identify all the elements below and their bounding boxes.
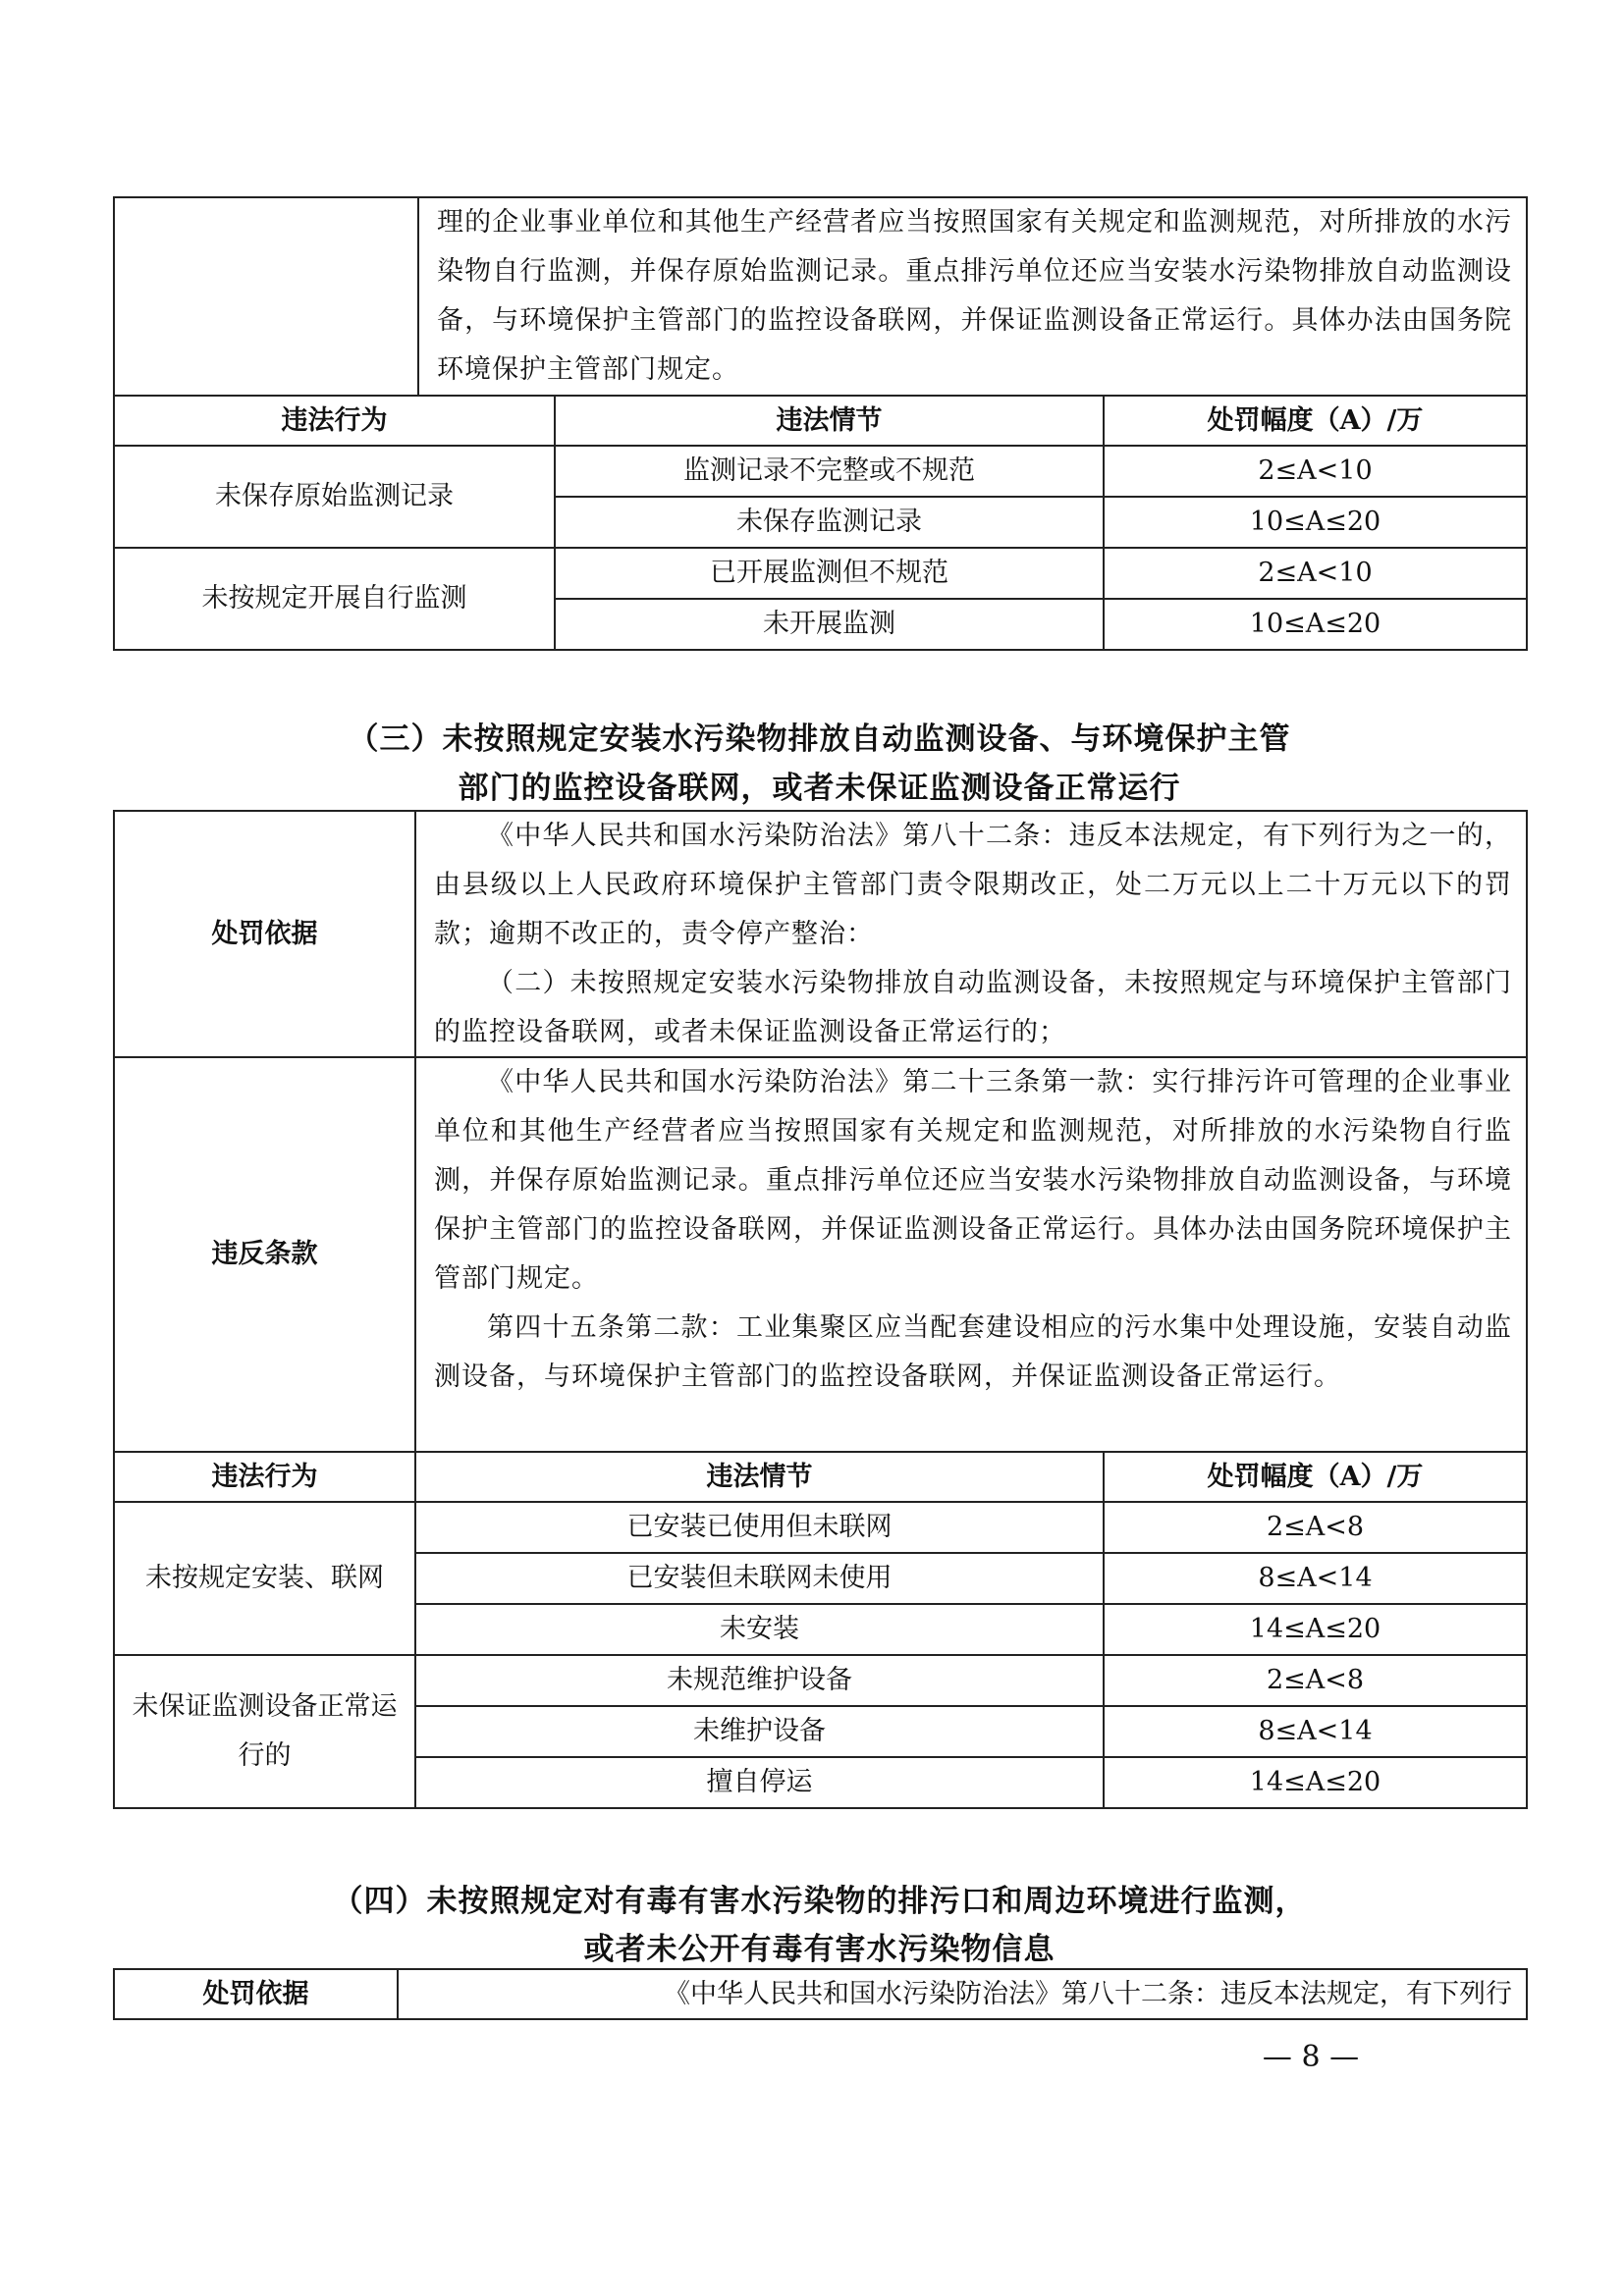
- table1-header-behavior: 违法行为: [113, 395, 556, 447]
- table1-range-cell: 2≤A<10: [1103, 445, 1528, 498]
- table2-behavior-cell: 未保证监测设备正常运行的: [113, 1654, 416, 1809]
- table3-basis-text: 《中华人民共和国水污染防治法》第八十二条：违反本法规定，有下列行: [397, 1968, 1528, 2020]
- table2-range-cell: 2≤A<8: [1103, 1654, 1528, 1707]
- table3-basis-label: 处罚依据: [113, 1968, 399, 2020]
- table2-header-range: 处罚幅度（A）/万: [1103, 1451, 1528, 1503]
- table2-circumstance-cell: 未维护设备: [414, 1705, 1105, 1758]
- table1-circumstance-cell: 监测记录不完整或不规范: [554, 445, 1105, 498]
- table2-range-cell: 8≤A<14: [1103, 1705, 1528, 1758]
- table2-range-cell: 8≤A<14: [1103, 1552, 1528, 1605]
- table2-basis-text-cell: 《中华人民共和国水污染防治法》第八十二条：违反本法规定，有下列行为之一的，由县级…: [414, 810, 1528, 1058]
- section3-heading-line2: 部门的监控设备联网，或者未保证监测设备正常运行: [113, 764, 1526, 813]
- table2-circumstance-cell: 未规范维护设备: [414, 1654, 1105, 1707]
- table2-circumstance-cell: 已安装已使用但未联网: [414, 1501, 1105, 1554]
- table1-circumstance-cell: 未开展监测: [554, 598, 1105, 651]
- table1-continued-text-cell: 理的企业事业单位和其他生产经营者应当按照国家有关规定和监测规范，对所排放的水污染…: [417, 196, 1528, 397]
- table2-basis-paragraph: （二）未按照规定安装水污染物排放自动监测设备，未按照规定与环境保护主管部门的监控…: [434, 959, 1512, 1057]
- table1-header-range: 处罚幅度（A）/万: [1103, 395, 1528, 447]
- table1-empty-label-cell: [113, 196, 419, 397]
- table1-circumstance-cell: 未保存监测记录: [554, 496, 1105, 549]
- table2-violation-paragraph: 《中华人民共和国水污染防治法》第二十三条第一款：实行排污许可管理的企业事业单位和…: [434, 1058, 1512, 1304]
- table2-basis-paragraph: 《中华人民共和国水污染防治法》第八十二条：违反本法规定，有下列行为之一的，由县级…: [434, 812, 1512, 959]
- table2-range-cell: 14≤A≤20: [1103, 1756, 1528, 1809]
- table2-circumstance-cell: 擅自停运: [414, 1756, 1105, 1809]
- table1-range-cell: 10≤A≤20: [1103, 496, 1528, 549]
- section3-heading-line1: （三）未按照规定安装水污染物排放自动监测设备、与环境保护主管: [113, 715, 1526, 764]
- table2-basis-label: 处罚依据: [113, 810, 416, 1058]
- table1-header-circumstance: 违法情节: [554, 395, 1105, 447]
- table2-behavior-cell: 未按规定安装、联网: [113, 1501, 416, 1656]
- table1-circumstance-cell: 已开展监测但不规范: [554, 547, 1105, 600]
- section4-heading-line1: （四）未按照规定对有毒有害水污染物的排污口和周边环境进行监测，: [113, 1877, 1526, 1926]
- table2-violation-label: 违反条款: [113, 1056, 416, 1453]
- table2-circumstance-cell: 已安装但未联网未使用: [414, 1552, 1105, 1605]
- table2-range-cell: 2≤A<8: [1103, 1501, 1528, 1554]
- table1-behavior-cell: 未保存原始监测记录: [113, 445, 556, 549]
- table1-range-cell: 2≤A<10: [1103, 547, 1528, 600]
- page-number: — 8 —: [1232, 2040, 1389, 2074]
- table2-range-cell: 14≤A≤20: [1103, 1603, 1528, 1656]
- table2-violation-text-cell: 《中华人民共和国水污染防治法》第二十三条第一款：实行排污许可管理的企业事业单位和…: [414, 1056, 1528, 1453]
- table2-circumstance-cell: 未安装: [414, 1603, 1105, 1656]
- table1-continued-text: 理的企业事业单位和其他生产经营者应当按照国家有关规定和监测规范，对所排放的水污染…: [437, 198, 1512, 395]
- table1-behavior-cell: 未按规定开展自行监测: [113, 547, 556, 651]
- table1-range-cell: 10≤A≤20: [1103, 598, 1528, 651]
- table2-violation-paragraph: 第四十五条第二款：工业集聚区应当配套建设相应的污水集中处理设施，安装自动监测设备…: [434, 1304, 1512, 1402]
- table2-header-behavior: 违法行为: [113, 1451, 416, 1503]
- section4-heading-line2: 或者未公开有毒有害水污染物信息: [113, 1925, 1526, 1974]
- table2-header-circumstance: 违法情节: [414, 1451, 1105, 1503]
